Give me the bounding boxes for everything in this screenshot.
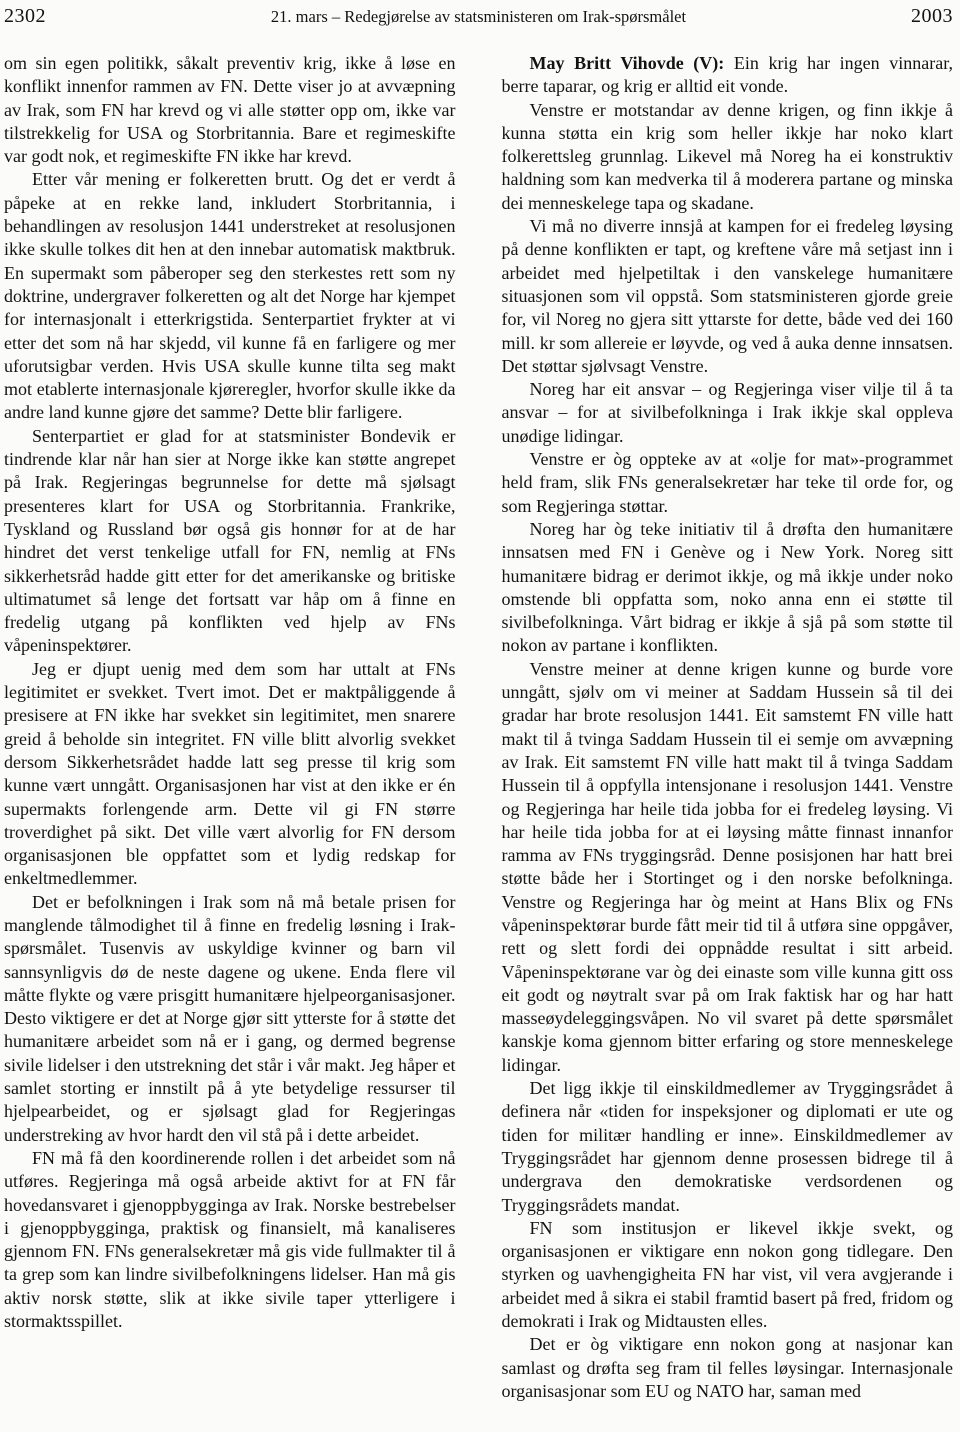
- paragraph: FN må få den koordinerende rollen i det …: [4, 1147, 456, 1333]
- paragraph: FN som institusjon er likevel ikkje svek…: [502, 1217, 954, 1333]
- year-label: 2003: [911, 5, 953, 28]
- paragraph: Det er òg viktigare enn nokon gong at na…: [502, 1333, 954, 1403]
- page-number: 2302: [4, 5, 46, 28]
- paragraph: Senterpartiet er glad for at statsminist…: [4, 425, 456, 658]
- paragraph: Venstre er òg oppteke av at «olje for ma…: [502, 448, 954, 518]
- two-column-text: om sin egen politikk, såkalt preventiv k…: [4, 52, 953, 1432]
- paragraph: Venstre meiner at denne krigen kunne og …: [502, 658, 954, 1077]
- right-column: May Britt Vihovde (V): Ein krig har inge…: [502, 52, 954, 1432]
- paragraph: Etter vår mening er folkeretten brutt. O…: [4, 168, 456, 424]
- speaker-name: May Britt Vihovde (V):: [530, 53, 725, 73]
- left-column: om sin egen politikk, såkalt preventiv k…: [4, 52, 456, 1432]
- paragraph: Noreg har òg teke initiativ til å drøfta…: [502, 518, 954, 658]
- paragraph: Jeg er djupt uenig med dem som har uttal…: [4, 658, 456, 891]
- paragraph: Vi må no diverre innsjå at kampen for ei…: [502, 215, 954, 378]
- paragraph: Det er befolkningen i Irak som nå må bet…: [4, 891, 456, 1147]
- paragraph: Det ligg ikkje til einskildmedlemer av T…: [502, 1077, 954, 1217]
- paragraph: om sin egen politikk, såkalt preventiv k…: [4, 52, 456, 168]
- paragraph: Venstre er motstandar av denne krigen, o…: [502, 99, 954, 215]
- running-title: 21. mars – Redegjørelse av statsminister…: [46, 7, 911, 27]
- page-header: 2302 21. mars – Redegjørelse av statsmin…: [4, 5, 953, 28]
- speaker-paragraph: May Britt Vihovde (V): Ein krig har inge…: [502, 52, 954, 99]
- paragraph: Noreg har eit ansvar – og Regjeringa vis…: [502, 378, 954, 448]
